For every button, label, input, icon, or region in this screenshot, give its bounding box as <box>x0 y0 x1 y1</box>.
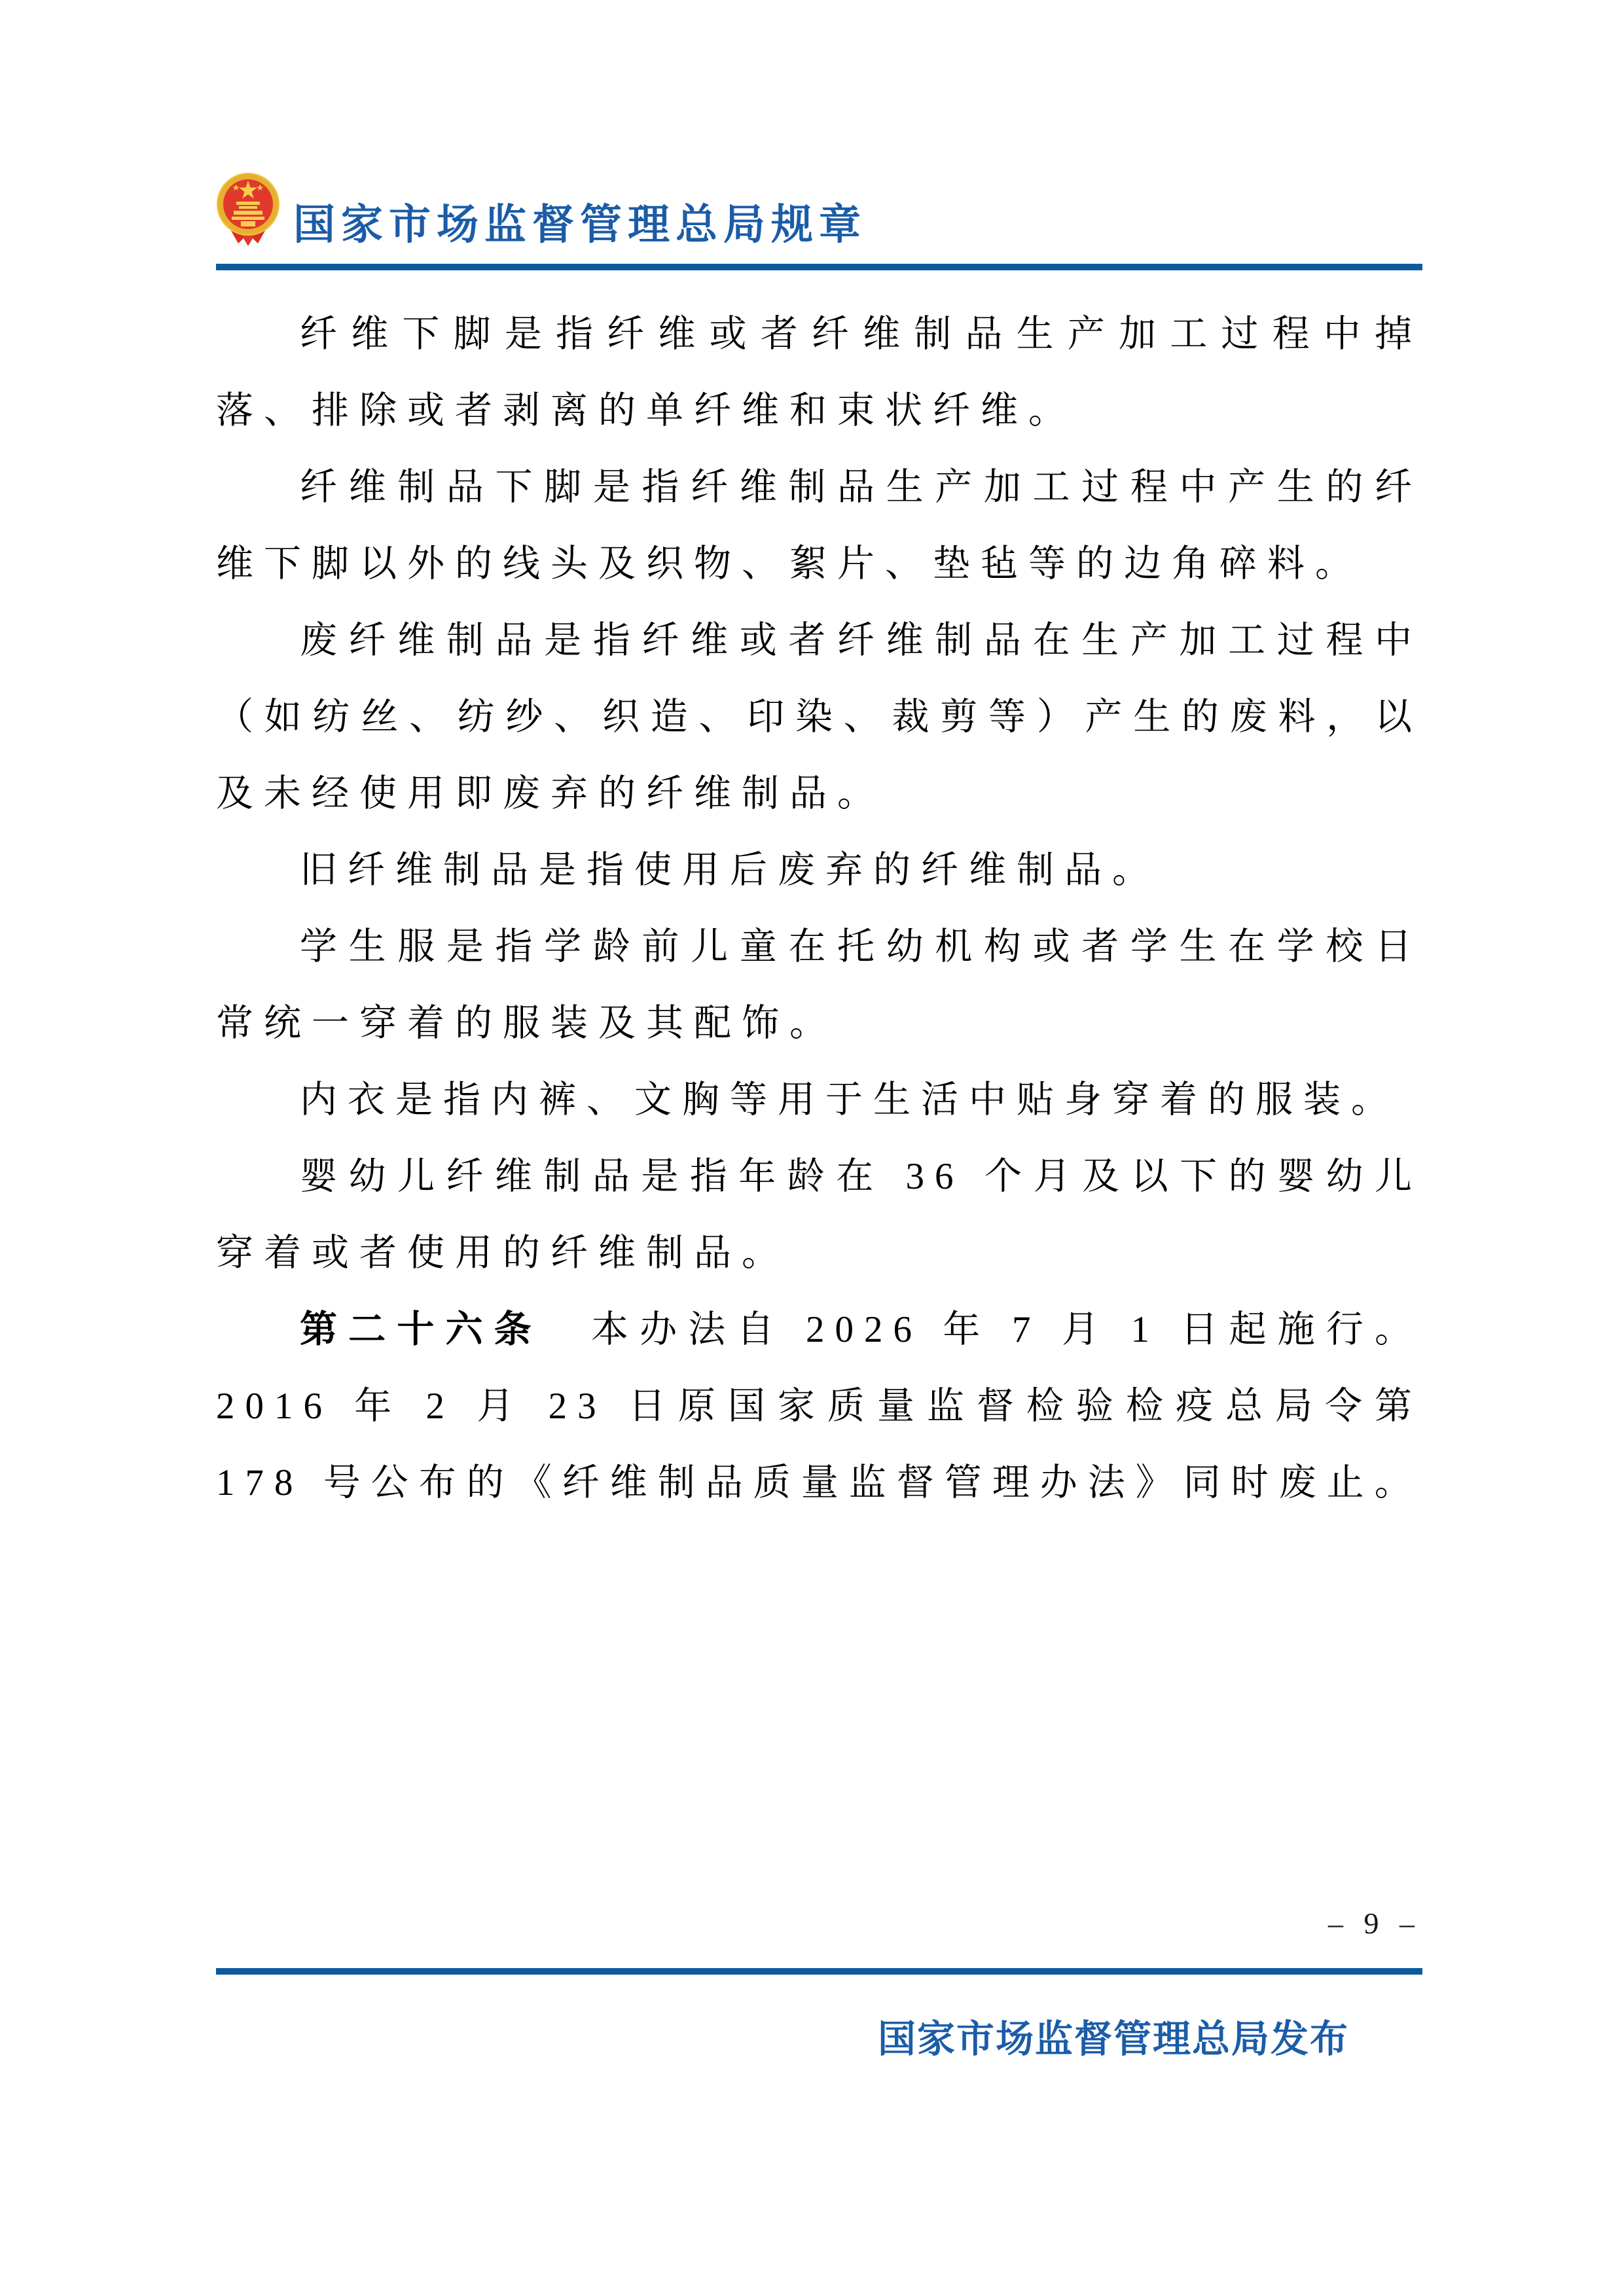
publisher-label: 国家市场监督管理总局发布 <box>878 2008 1349 2063</box>
document-page: 国家市场监督管理总局规章 纤维下脚是指纤维或者纤维制品生产加工过程中掉落、排除或… <box>0 0 1624 2296</box>
body-paragraph: 纤维制品下脚是指纤维制品生产加工过程中产生的纤维下脚以外的线头及织物、絮片、垫毡… <box>216 449 1422 602</box>
body-paragraph: 第二十六条 本办法自 2026 年 7 月 1 日起施行。2016 年 2 月 … <box>216 1291 1422 1521</box>
body-paragraph: 废纤维制品是指纤维或者纤维制品在生产加工过程中（如纺丝、纺纱、织造、印染、裁剪等… <box>216 602 1422 832</box>
header-title: 国家市场监督管理总局规章 <box>293 191 867 251</box>
body-paragraph: 旧纤维制品是指使用后废弃的纤维制品。 <box>216 832 1422 908</box>
body-paragraph: 学生服是指学龄前儿童在托幼机构或者学生在学校日常统一穿着的服装及其配饰。 <box>216 908 1422 1062</box>
document-body: 纤维下脚是指纤维或者纤维制品生产加工过程中掉落、排除或者剥离的单纤维和束状纤维。… <box>216 296 1422 1521</box>
body-paragraph: 内衣是指内裤、文胸等用于生活中贴身穿着的服装。 <box>216 1062 1422 1138</box>
article-number: 第二十六条 <box>300 1308 543 1350</box>
page-number: – 9 – <box>1328 1906 1421 1941</box>
national-emblem-icon <box>215 170 281 247</box>
body-paragraph: 婴幼儿纤维制品是指年龄在 36 个月及以下的婴幼儿穿着或者使用的纤维制品。 <box>216 1138 1422 1291</box>
footer-divider-rule <box>216 1968 1422 1975</box>
header-divider-rule <box>216 264 1422 270</box>
body-paragraph: 纤维下脚是指纤维或者纤维制品生产加工过程中掉落、排除或者剥离的单纤维和束状纤维。 <box>216 296 1422 449</box>
